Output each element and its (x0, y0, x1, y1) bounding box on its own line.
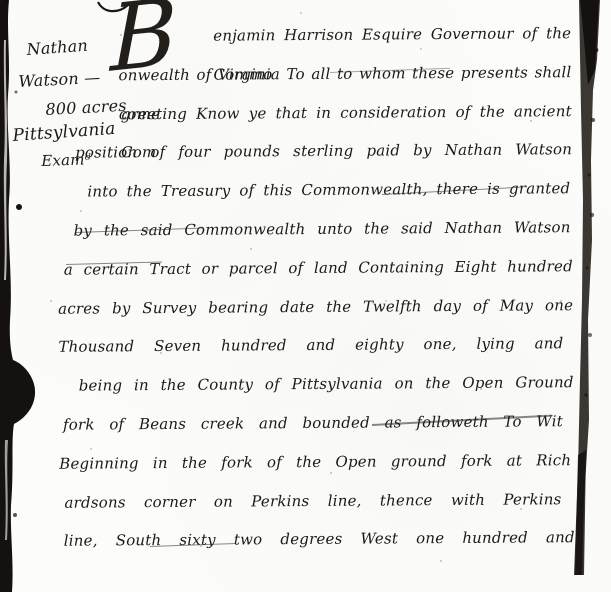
body-line: onwealth of Virginia To all to whom thes… (118, 53, 571, 95)
body-line: fork of Beans creek and bounded as follo… (63, 402, 563, 444)
body-line: greeting Know ye that in consideration o… (121, 92, 572, 134)
body-line: ardsons corner on Perkins line, thence w… (64, 480, 561, 522)
body-line: acres by Survey bearing date the Twelfth… (58, 286, 573, 328)
body-line: being in the County of Pittsylvania on t… (79, 363, 574, 405)
scanned-document-page: Nathan Watson — 800 acres Pittsylvania E… (0, 0, 611, 592)
body-line: position of four pounds sterling paid by… (75, 131, 572, 173)
body-line: enjamin Harrison Esquire Governour of th… (213, 14, 571, 55)
body-line: into the Treasury of this Commonwealth, … (87, 169, 570, 211)
body-line: line, South sixty two degrees West one h… (64, 518, 575, 560)
body-line: Thousand Seven hundred and eighty one, l… (58, 325, 563, 367)
body-line: a certain Tract or parcel of land Contai… (64, 247, 573, 289)
grant-body-text: enjamin Harrison Esquire Governour of th… (0, 14, 611, 561)
paper-speckle (0, 0, 2, 2)
body-line: Beginning in the fork of the Open ground… (59, 441, 571, 483)
